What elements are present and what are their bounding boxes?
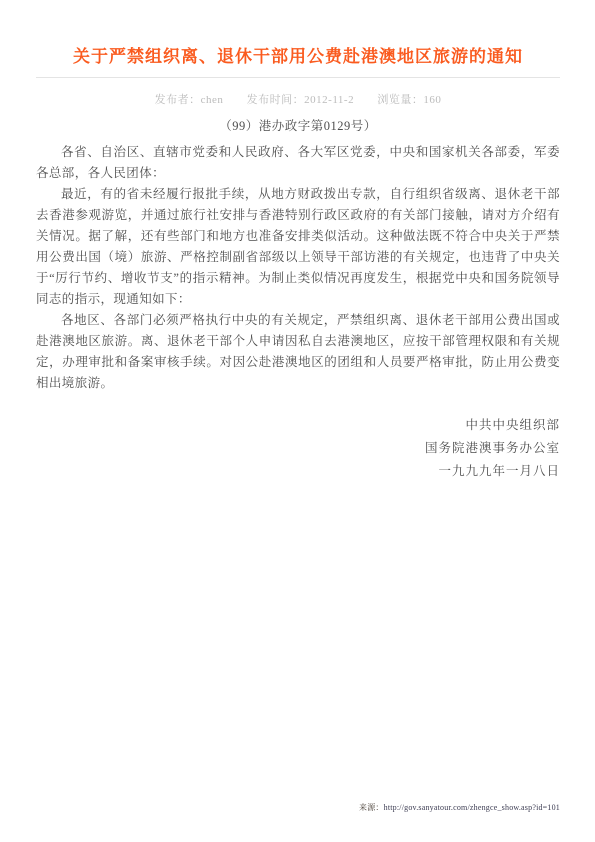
signature-block: 中共中央组织部 国务院港澳事务办公室 一九九九年一月八日 xyxy=(36,414,560,483)
publisher-label: 发布者： xyxy=(155,94,201,106)
document-page: 关于严禁组织离、退休干部用公费赴港澳地区旅游的通知 发布者：chen 发布时间：… xyxy=(0,0,595,842)
meta-bar: 发布者：chen 发布时间：2012-11-2 浏览量：160 xyxy=(36,91,560,107)
title-divider xyxy=(36,77,560,78)
views-value: 160 xyxy=(423,94,441,106)
document-content: 关于严禁组织离、退休干部用公费赴港澳地区旅游的通知 发布者：chen 发布时间：… xyxy=(0,0,595,483)
source-label: 来源： xyxy=(359,803,384,812)
publisher-meta: 发布者：chen xyxy=(155,91,224,107)
signature-org-2: 国务院港澳事务办公室 xyxy=(36,437,560,460)
document-number: （99）港办政字第0129号） xyxy=(36,116,560,134)
signature-org-1: 中共中央组织部 xyxy=(36,414,560,437)
page-footer: 来源：http://gov.sanyatour.com/zhengce_show… xyxy=(359,802,560,813)
publisher-value: chen xyxy=(201,94,224,106)
publish-time-meta: 发布时间：2012-11-2 xyxy=(247,91,354,107)
source-url[interactable]: http://gov.sanyatour.com/zhengce_show.as… xyxy=(384,803,560,812)
document-body: 各省、自治区、直辖市党委和人民政府、各大军区党委，中央和国家机关各部委，军委各总… xyxy=(36,142,560,394)
views-meta: 浏览量：160 xyxy=(377,91,441,107)
signature-date: 一九九九年一月八日 xyxy=(36,460,560,483)
paragraph-directive: 各地区、各部门必须严格执行中央的有关规定，严禁组织离、退休老干部用公费出国或赴港… xyxy=(36,310,560,394)
paragraph-background: 最近，有的省未经履行报批手续，从地方财政拨出专款，自行组织省级离、退休老干部去香… xyxy=(36,184,560,310)
publish-time-value: 2012-11-2 xyxy=(304,94,354,106)
page-title: 关于严禁组织离、退休干部用公费赴港澳地区旅游的通知 xyxy=(36,46,560,68)
views-label: 浏览量： xyxy=(377,94,423,106)
publish-time-label: 发布时间： xyxy=(247,94,305,106)
paragraph-salutation: 各省、自治区、直辖市党委和人民政府、各大军区党委，中央和国家机关各部委，军委各总… xyxy=(36,142,560,184)
